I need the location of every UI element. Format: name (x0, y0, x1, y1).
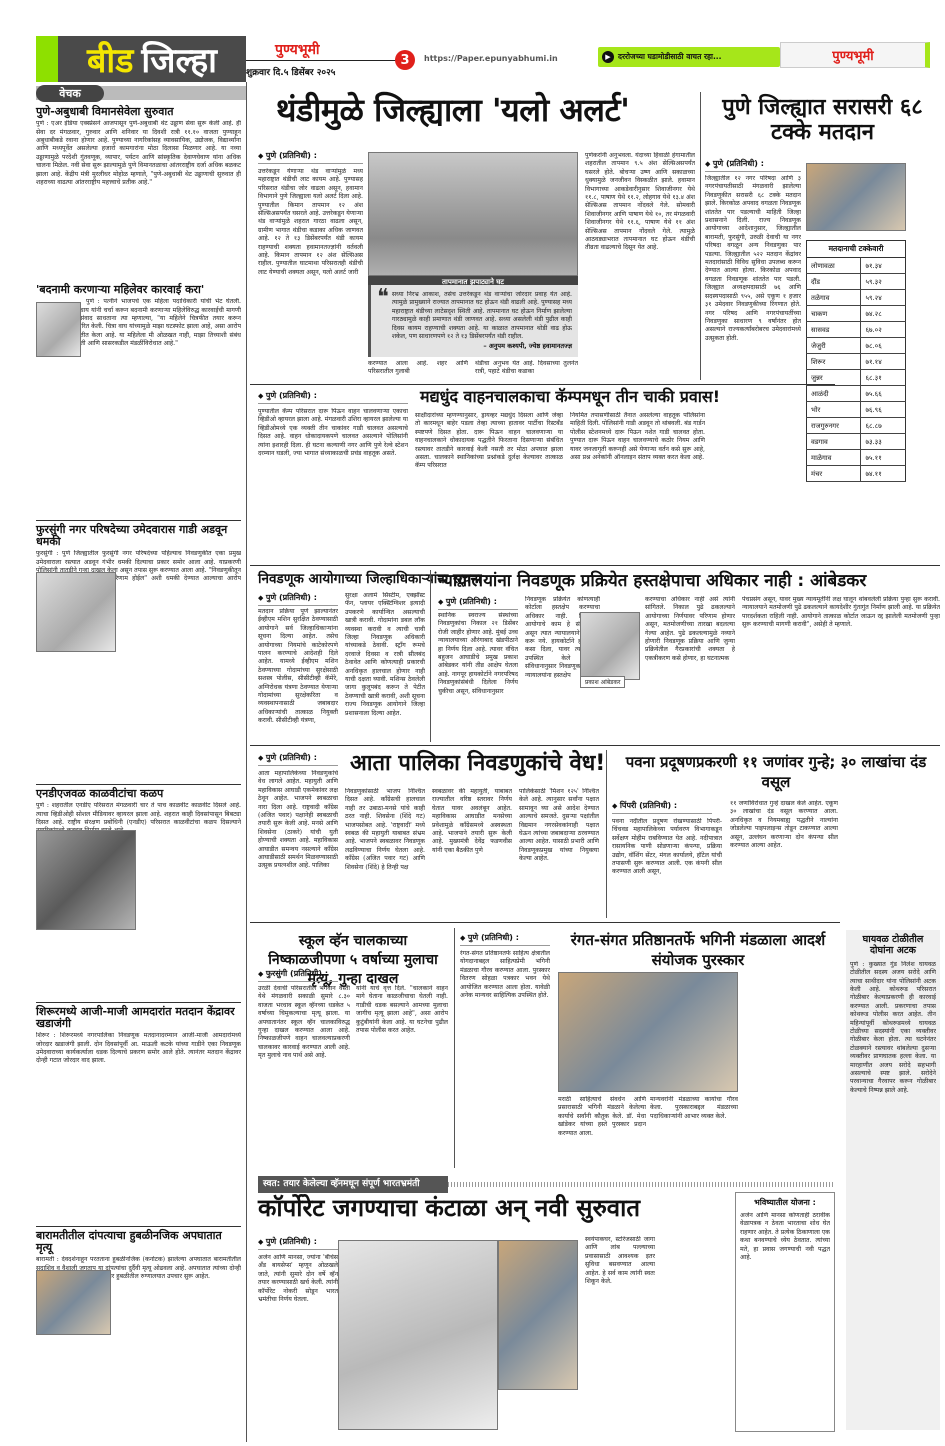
story-defamation: 'बदनामी करणाऱ्या महिलेवर कारवाई करा' पुण… (36, 284, 241, 520)
blackbuck-photo (36, 830, 136, 930)
quote-icon: ❝ (377, 291, 389, 305)
masthead-rule (246, 60, 396, 61)
section-masthead: बीड जिल्हा (58, 36, 246, 82)
promo-banner[interactable]: ▶ दररोजच्या घडामोडीसाठी वाचत रहा... (598, 47, 780, 67)
story-headline: 'बदनामी करणाऱ्या महिलेवर कारवाई करा' (36, 284, 241, 296)
ghaywal-sidebox: घायवळ टोळीतील दोघांना अटक पुणे : कुख्यात… (846, 930, 940, 1430)
ambedkar-photo (580, 612, 640, 680)
quote-attribution: – अनुपम कश्यपी, ज्येष्ठ हवामानतज्ज्ञ (377, 341, 572, 350)
place-cell: आळंदी (807, 386, 861, 402)
place-cell: माळेगाव (807, 450, 861, 466)
story-divider (36, 520, 241, 521)
promo-text: दररोजच्या घडामोडीसाठी वाचत रहा... (618, 52, 722, 62)
voters-photo (806, 163, 906, 231)
lead-headline: थंडीमुळे जिल्ह्याला 'यलो अलर्ट' (276, 93, 629, 128)
percentage-cell: ७४.११ (861, 466, 906, 482)
percentage-cell: ७६.९६ (861, 402, 906, 418)
place-cell: चाकण (807, 306, 861, 322)
rangat-headline: रंगत-संगत प्रतिष्ठानतर्फे भगिनी मंडळाला … (558, 930, 838, 971)
percentage-cell: ७३.३३ (861, 434, 906, 450)
table-row: भोर७६.९६ (807, 402, 906, 418)
story-headline: एनडीएजवळ काळवीटांचा कळप (36, 788, 241, 800)
paper-thumbnail-brand: पुण्यभूमी (832, 46, 873, 64)
voting-percentage-table: मतदानाची टक्केवारी लोणावळा७१.३४दौंड५९.३२… (806, 240, 906, 482)
van-interior-photo (338, 1240, 498, 1430)
table-row: मंचर७४.११ (807, 466, 906, 482)
table-row: शिरूर७१.१४ (807, 354, 906, 370)
percentage-cell: ५९.३२ (861, 274, 906, 290)
masthead-accent-bar (36, 36, 58, 82)
epaper-url-link[interactable]: https://Paper.epunyabhumi.in (424, 54, 558, 63)
story-photo (36, 302, 81, 357)
table-row: तळेगाव५९.२४ (807, 290, 906, 306)
issue-date: शुक्रवार दि.५ डिसेंबर २०२५ (246, 65, 335, 78)
table-row: राजगुरुनगर६८.८७ (807, 418, 906, 434)
paper-thumbnail: पुण्यभूमी (780, 42, 930, 68)
story-headline: पुणे-अबुधाबी विमानसेवेला सुरुवात (36, 106, 241, 118)
municipal-headline: आता पालिका निवडणुकांचे वेध! (350, 752, 605, 776)
story-baramati: बारामतीतील दांपत्याचा हुबळीनजिक अपघातात … (36, 1230, 241, 1436)
column-divider (430, 570, 431, 742)
place-cell: राजगुरुनगर (807, 418, 861, 434)
percentage-cell: ७१.३४ (861, 258, 906, 274)
lead-col3: पुणेकरांनी अनुभवला. यंदाच्या हिवाळी हंगा… (585, 152, 695, 378)
story-nda-blackbuck: एनडीएजवळ काळवीटांचा कळप पुणे : शहरातील ए… (36, 788, 241, 1002)
section-divider (250, 745, 940, 746)
place-cell: शिरूर (807, 354, 861, 370)
section-tag: वेचक (36, 85, 104, 102)
percentage-cell: ६८.८७ (861, 418, 906, 434)
pavana-headline: पवना प्रदूषणप्रकरणी ११ जणांवर गुन्हे; ३०… (612, 752, 940, 793)
story-headline: शिरूरमध्ये आजी-माजी आमदारांत मतदान केंद्… (36, 1006, 241, 1030)
story-divider (36, 784, 241, 785)
story-pune-abudhabi: पुणे-अबुधाबी विमानसेवेला सुरुवात पुणे : … (36, 106, 241, 275)
section-title-part1: बीड (87, 36, 133, 82)
place-cell: सासवड (807, 322, 861, 338)
percentage-cell: ६८.३१ (861, 370, 906, 386)
section-divider (250, 565, 940, 566)
story-body: शिरूर : शिरूरमध्ये नगरपालिका निवडणूक मतद… (36, 1032, 241, 1232)
column-divider (700, 92, 701, 380)
table-row: चाकण७४.२८ (807, 306, 906, 322)
percentage-cell: ७४.२८ (861, 306, 906, 322)
table-row: जेजुरी७८.०६ (807, 338, 906, 354)
place-cell: वडगाव (807, 434, 861, 450)
table-title: मतदानाची टक्केवारी (807, 241, 906, 258)
percentage-cell: ७५.११ (861, 450, 906, 466)
percentage-cell: ५९.२४ (861, 290, 906, 306)
decorative-dotted-bar (448, 1182, 835, 1187)
play-icon: ▶ (602, 51, 614, 63)
expert-quote: ❝ सध्या निरभ्र आकाश, तसेच उत्तरेकडून थंड… (368, 285, 578, 357)
court-headline: न्यायालयांना निवडणूक प्रक्रियेत हस्तक्षे… (438, 572, 866, 591)
table-row: लोणावळा७१.३४ (807, 258, 906, 274)
table-row: सासवड६७.०२ (807, 322, 906, 338)
percentage-cell: ७८.०६ (861, 338, 906, 354)
brand-logo: पुण्यभूमी (275, 40, 320, 59)
place-cell: तळेगाव (807, 290, 861, 306)
future-plans-title: भविष्यातील योजना : (740, 1197, 830, 1208)
van-exterior-photo (498, 1240, 578, 1390)
place-cell: लोणावळा (807, 258, 861, 274)
table-row: आळंदी७५.६६ (807, 386, 906, 402)
column-divider (246, 82, 247, 1442)
campaign-photo (36, 572, 116, 652)
percentage-cell: ६७.०२ (861, 322, 906, 338)
fog-photo (368, 152, 578, 276)
couple-photo (36, 1270, 111, 1335)
place-cell: मंचर (807, 466, 861, 482)
voting-body: पुणे (प्रतिनिधी) : (705, 158, 801, 176)
section-title-part2: जिल्हा (141, 36, 217, 82)
sidebox-headline: घायवळ टोळीतील दोघांना अटक (850, 934, 936, 957)
place-cell: दौंड (807, 274, 861, 290)
table-row: माळेगाव७५.११ (807, 450, 906, 466)
story-body: पुणे : एअर इंडिया एक्स्प्रेसने आजपासून प… (36, 120, 241, 275)
page-number-badge: 3 (395, 50, 415, 70)
photo-caption: प्रकाश आंबेडकर (580, 676, 625, 688)
drunk-driver-dateline-wrap: पुणे (प्रतिनिधी) : (258, 390, 408, 408)
place-cell: भोर (807, 402, 861, 418)
section-divider (250, 922, 840, 923)
percentage-cell: ७१.१४ (861, 354, 906, 370)
award-photo (558, 972, 738, 1092)
table-row: दौंड५९.३२ (807, 274, 906, 290)
drunk-driver-headline: मद्यधुंद वाहनचालकाचा कॅम्पमधून तीन चाकी … (420, 388, 720, 406)
place-cell: जेजुरी (807, 338, 861, 354)
lead-col1: पुणे (प्रतिनिधी) : उत्तरेकडून येणाऱ्या थ… (258, 150, 363, 386)
column-divider (454, 928, 455, 1168)
story-headline: फुरसुंगी नगर परिषदेच्या उमेदवारास गाडी अ… (36, 524, 241, 548)
story-headline: बारामतीतील दांपत्याचा हुबळीनजिक अपघातात … (36, 1230, 241, 1254)
voting-headline: पुणे जिल्ह्यात सरासरी ६८ टक्के मतदान (705, 95, 940, 146)
story-shirur: शिरूरमध्ये आजी-माजी आमदारांत मतदान केंद्… (36, 1006, 241, 1232)
story-divider (36, 1226, 241, 1227)
percentage-cell: ७५.६६ (861, 386, 906, 402)
future-plans-box: भविष्यातील योजना : अर्जन आणि मानसा कोणता… (735, 1192, 835, 1432)
dateline: पुणे (प्रतिनिधी) : (705, 158, 801, 172)
dateline: पुणे (प्रतिनिधी) : (258, 150, 363, 164)
column-divider (606, 750, 607, 918)
corporate-subheadline: स्वत: तयार केलेल्या व्हॅनमधून संपूर्ण भा… (258, 1176, 448, 1193)
table-row: वडगाव७३.३३ (807, 434, 906, 450)
story-divider (36, 1002, 241, 1003)
section-divider (250, 384, 835, 385)
story-fursungi: फुरसुंगी नगर परिषदेच्या उमेदवारास गाडी अ… (36, 524, 241, 790)
corporate-headline: कॉर्पोरेट जगण्याचा कंटाळा अन् नवी सुरुवा… (258, 1195, 640, 1221)
